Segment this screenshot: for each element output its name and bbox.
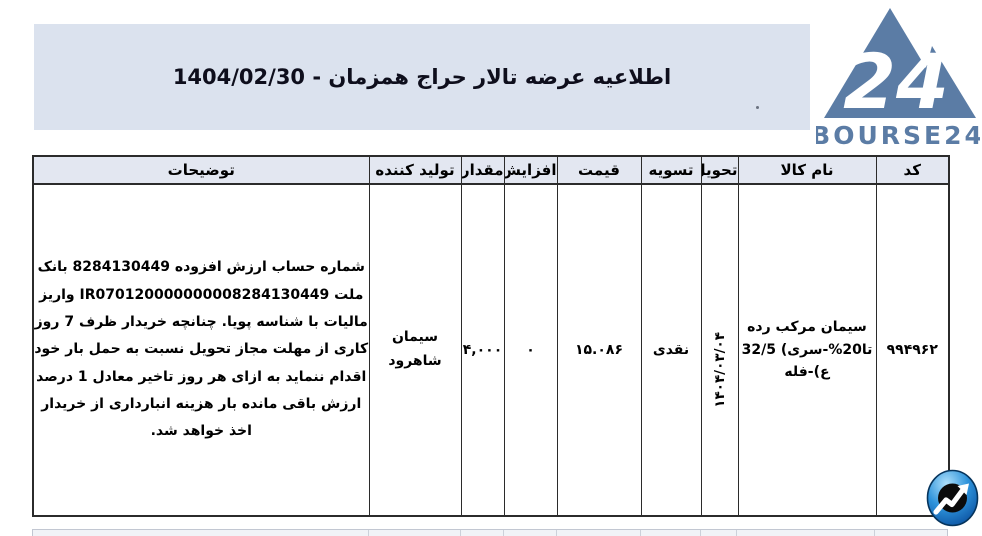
cell-notes: شماره حساب ارزش افزوده 8284130449 بانک م… xyxy=(33,184,369,516)
col-header-price: قیمت xyxy=(557,156,641,184)
page-title: اطلاعیه عرضه تالار حراج همزمان - 1404/02… xyxy=(173,65,671,89)
bourse24-logo: 24 BOURSE24 xyxy=(816,6,980,150)
offer-table: کد نام کالا تحویل تسویه قیمت افزایش مقدا… xyxy=(32,155,950,517)
cell-settlement: نقدی xyxy=(641,184,701,516)
cell-code: ۹۹۴۹۶۲ xyxy=(876,184,949,516)
col-header-quantity: مقدار xyxy=(461,156,504,184)
col-header-name: نام کالا xyxy=(738,156,876,184)
col-header-settlement: تسویه xyxy=(641,156,701,184)
title-banner: اطلاعیه عرضه تالار حراج همزمان - 1404/02… xyxy=(34,24,810,130)
cell-product-name: سیمان مرکب رده تا20%-سری) 32/5 ع)-فله xyxy=(738,184,876,516)
next-table-cutoff-strip xyxy=(32,529,948,536)
cell-producer: سیمان شاهرود xyxy=(369,184,461,516)
cell-increase: ۰ xyxy=(504,184,557,516)
cell-delivery: ۱۴۰۴/۰۳/۰۴ xyxy=(701,184,738,516)
announcement-page: اطلاعیه عرضه تالار حراج همزمان - 1404/02… xyxy=(0,0,982,536)
col-header-producer: تولید کننده xyxy=(369,156,461,184)
stray-dot xyxy=(756,106,759,109)
delivery-date: ۱۴۰۴/۰۳/۰۴ xyxy=(712,332,728,368)
table-header-row: کد نام کالا تحویل تسویه قیمت افزایش مقدا… xyxy=(33,156,949,184)
col-header-notes: توضیحات xyxy=(33,156,369,184)
bourse24-logo-icon: 24 BOURSE24 xyxy=(816,6,980,150)
cell-quantity: ۴,۰۰۰ xyxy=(461,184,504,516)
stock-chart-bubble-icon xyxy=(926,469,979,527)
col-header-code: کد xyxy=(876,156,949,184)
table-row: ۹۹۴۹۶۲ سیمان مرکب رده تا20%-سری) 32/5 ع)… xyxy=(33,184,949,516)
col-header-increase: افزایش xyxy=(504,156,557,184)
logo-wordmark: BOURSE24 xyxy=(816,121,980,150)
logo-24-mark: 24 xyxy=(843,37,949,126)
cell-price: ۱۵.۰۸۶ xyxy=(557,184,641,516)
col-header-delivery: تحویل xyxy=(701,156,738,184)
